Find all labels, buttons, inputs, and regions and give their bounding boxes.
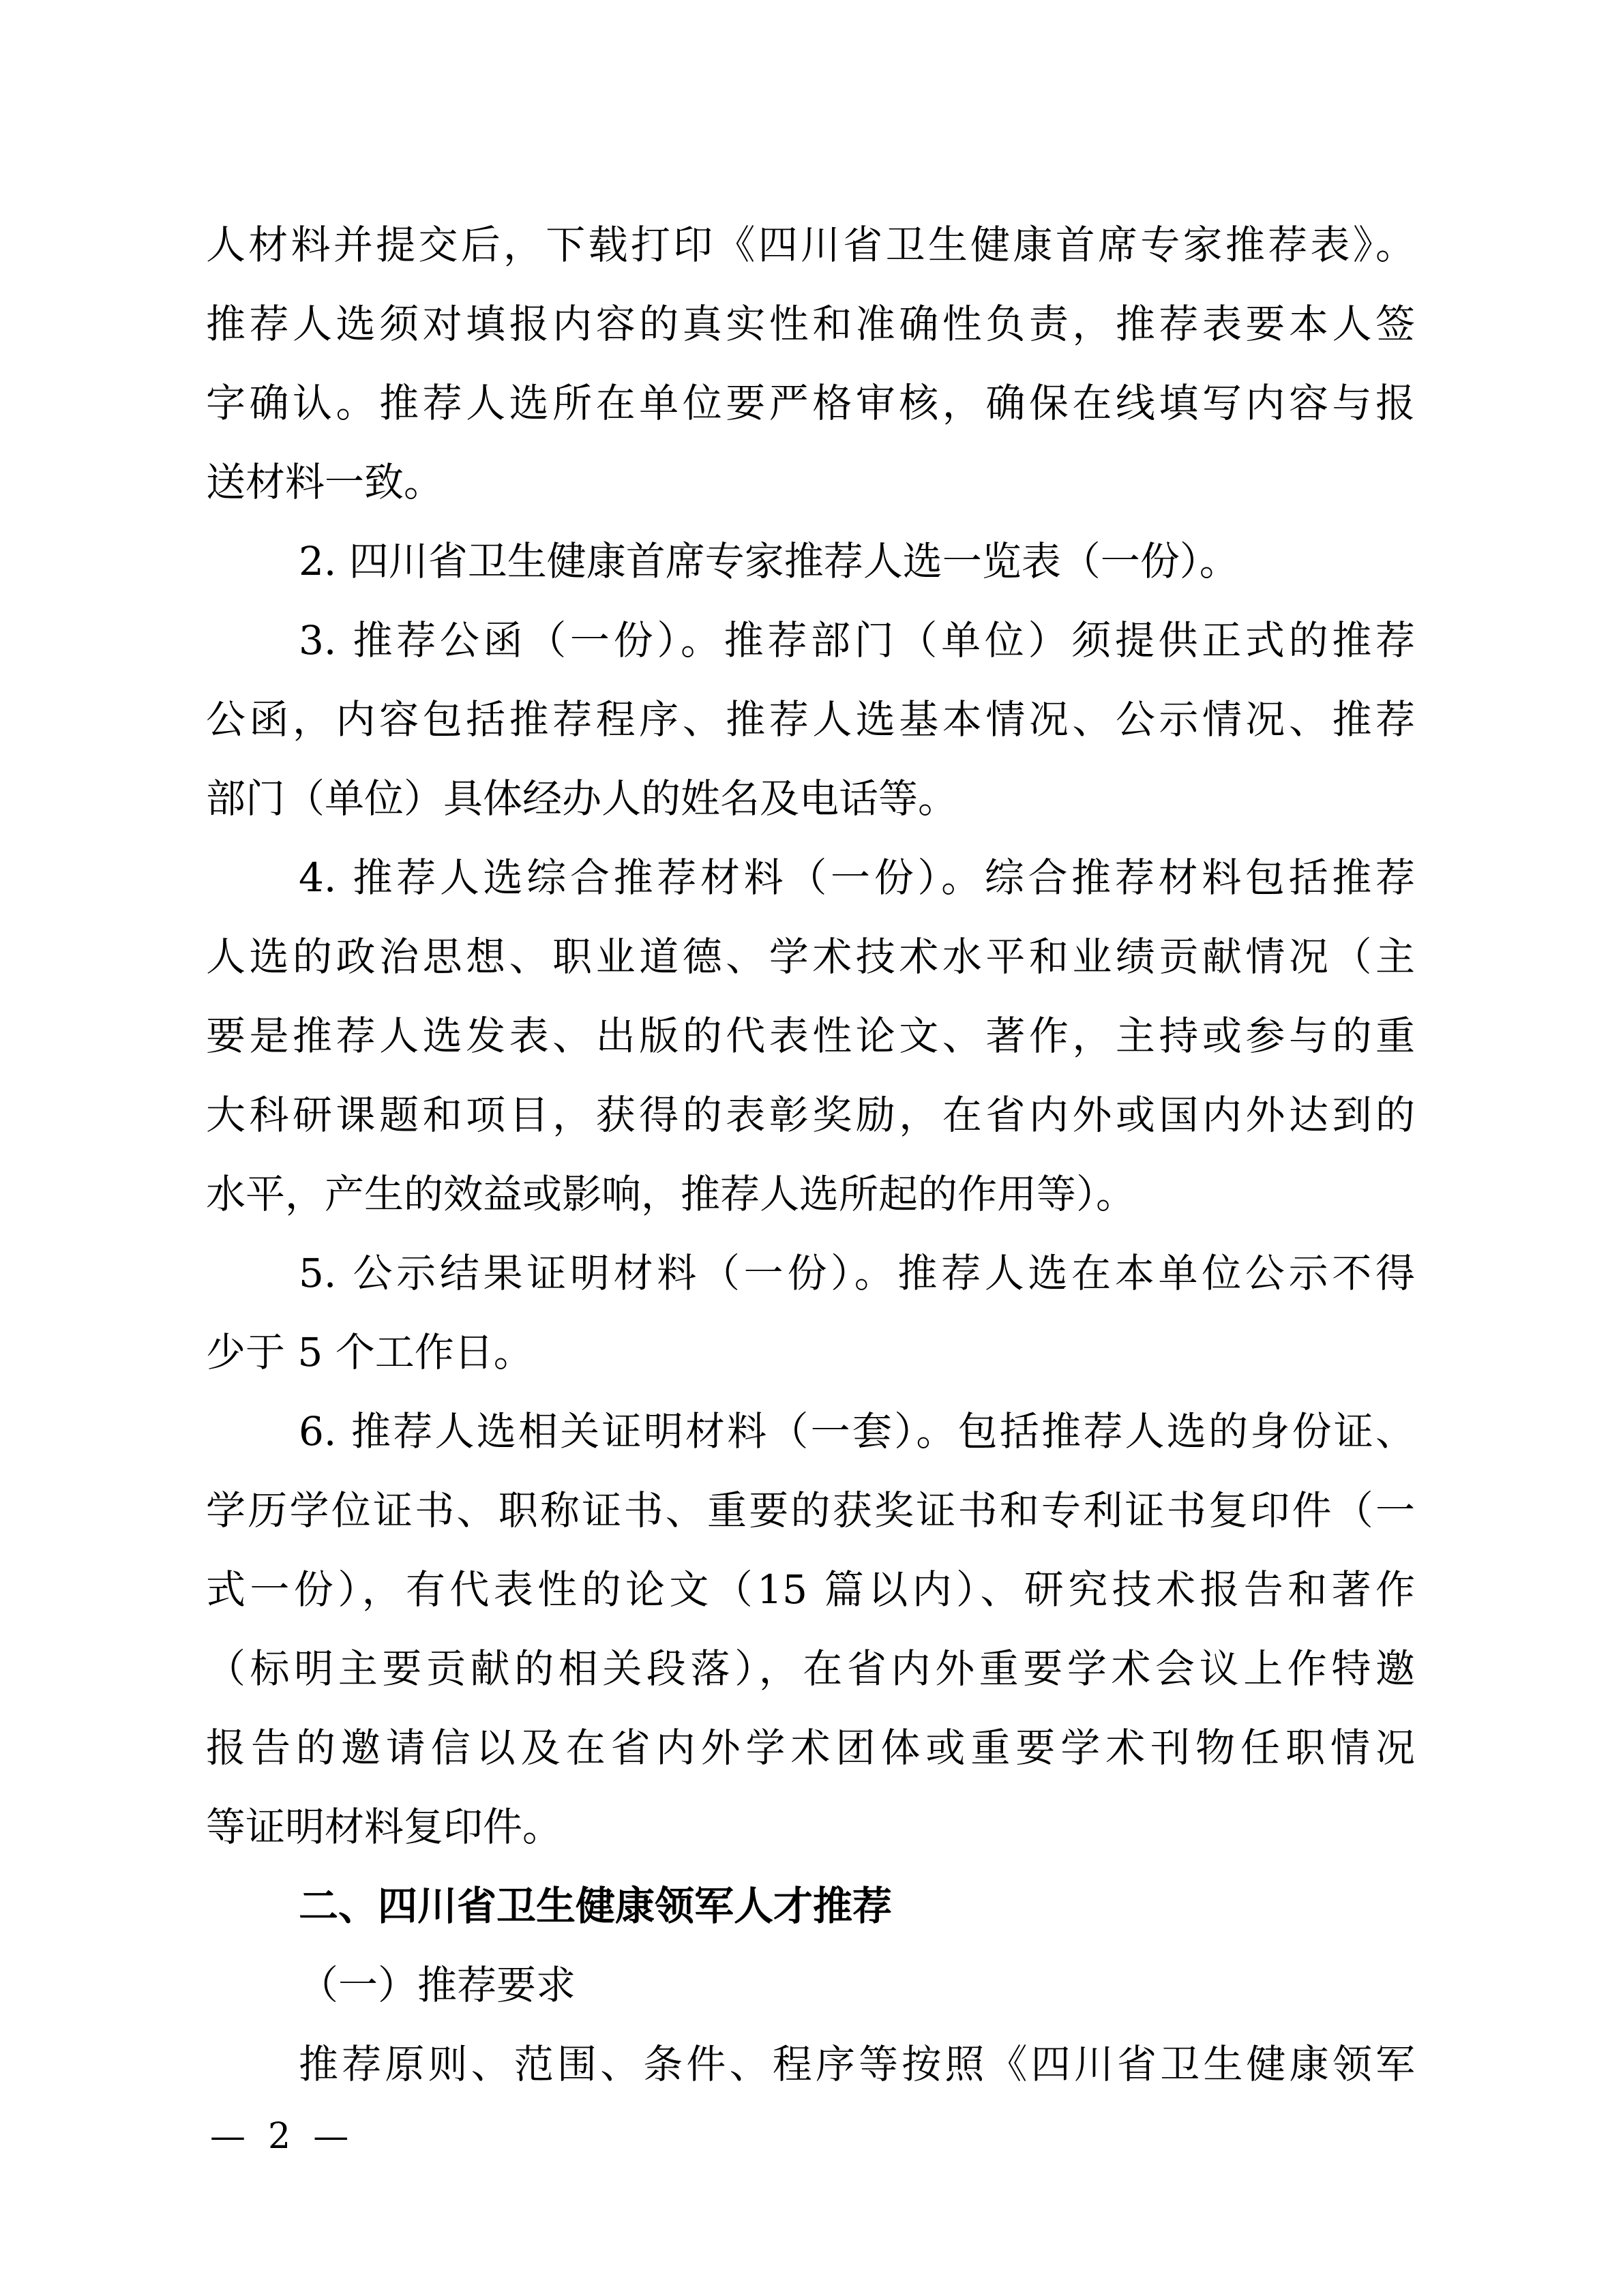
document-page: 人材料并提交后，下载打印《四川省卫生健康首席专家推荐表》。推荐人选须对填报内容的… xyxy=(0,0,1623,2296)
text-line: 部门（单位）具体经办人的姓名及电话等。 xyxy=(206,759,1415,838)
text-line: 水平，产生的效益或影响，推荐人选所起的作用等）。 xyxy=(206,1154,1415,1234)
text-line: 等证明材料复印件。 xyxy=(206,1787,1415,1866)
text-line: （一）推荐要求 xyxy=(299,1945,1415,2025)
section-heading: 二、四川省卫生健康领军人才推荐 xyxy=(299,1866,1415,1945)
text-line: 公函，内容包括推荐程序、推荐人选基本情况、公示情况、推荐 xyxy=(206,680,1415,759)
text-line: 5. 公示结果证明材料（一份）。推荐人选在本单位公示不得 xyxy=(299,1234,1415,1313)
text-line: 少于 5 个工作日。 xyxy=(206,1313,1415,1392)
page-number: — 2 — xyxy=(210,2114,348,2159)
text-line: 3. 推荐公函（一份）。推荐部门（单位）须提供正式的推荐 xyxy=(299,601,1415,680)
text-line: 4. 推荐人选综合推荐材料（一份）。综合推荐材料包括推荐 xyxy=(299,838,1415,917)
text-line: 推荐原则、范围、条件、程序等按照《四川省卫生健康领军 xyxy=(299,2025,1415,2104)
text-line: 字确认。推荐人选所在单位要严格审核，确保在线填写内容与报 xyxy=(206,363,1415,443)
text-line: 式一份），有代表性的论文（15 篇以内）、研究技术报告和著作 xyxy=(206,1550,1415,1629)
text-line: 人材料并提交后，下载打印《四川省卫生健康首席专家推荐表》。 xyxy=(206,205,1415,284)
text-line: 学历学位证书、职称证书、重要的获奖证书和专利证书复印件（一 xyxy=(206,1471,1415,1550)
text-line: 人选的政治思想、职业道德、学术技术水平和业绩贡献情况（主 xyxy=(206,917,1415,996)
text-line: 2. 四川省卫生健康首席专家推荐人选一览表（一份）。 xyxy=(299,522,1415,601)
text-line: 大科研课题和项目，获得的表彰奖励，在省内外或国内外达到的 xyxy=(206,1075,1415,1154)
text-line: 报告的邀请信以及在省内外学术团体或重要学术刊物任职情况 xyxy=(206,1708,1415,1787)
text-line: 要是推荐人选发表、出版的代表性论文、著作，主持或参与的重 xyxy=(206,996,1415,1075)
text-line: （标明主要贡献的相关段落），在省内外重要学术会议上作特邀 xyxy=(206,1629,1415,1708)
text-line: 推荐人选须对填报内容的真实性和准确性负责，推荐表要本人签 xyxy=(206,284,1415,363)
text-line: 送材料一致。 xyxy=(206,443,1415,522)
text-line: 6. 推荐人选相关证明材料（一套）。包括推荐人选的身份证、 xyxy=(299,1392,1415,1471)
